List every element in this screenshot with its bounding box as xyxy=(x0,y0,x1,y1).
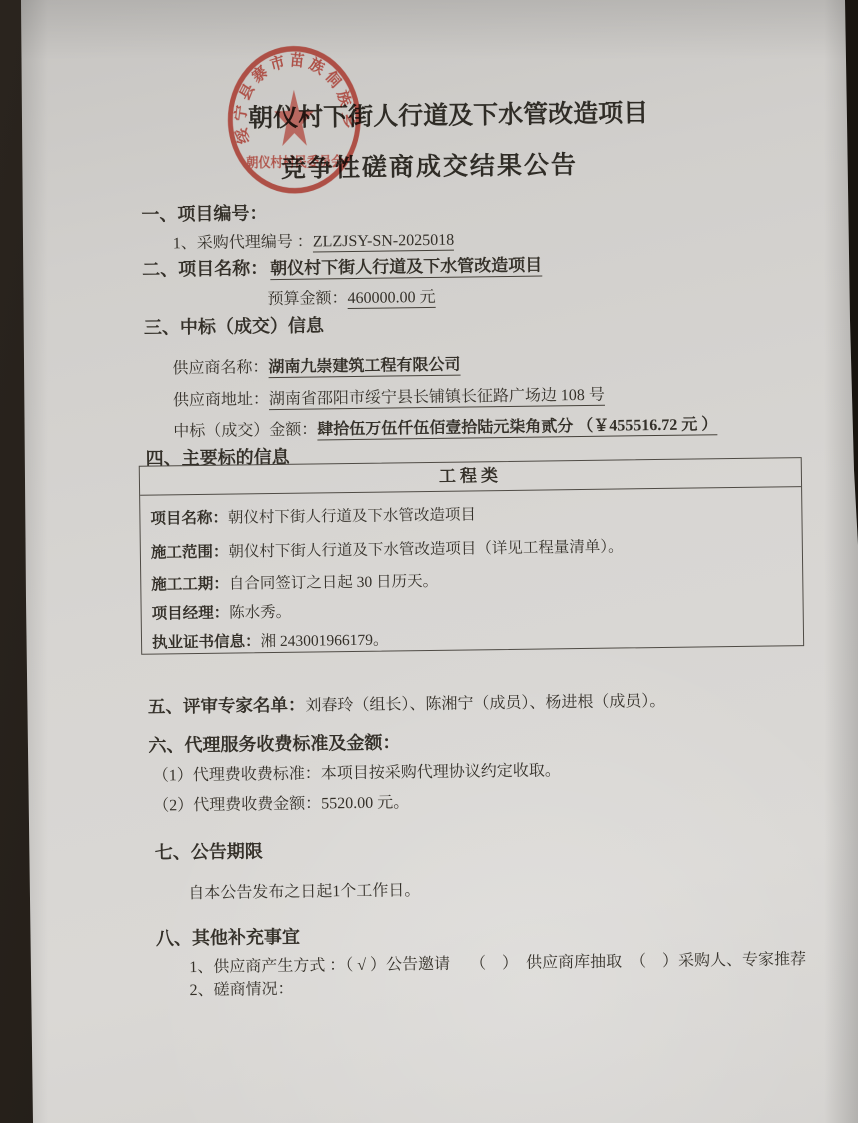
expert-list-value: 刘春玲（组长）、陈湘宁（成员）、杨进根（成员）。 xyxy=(305,693,665,715)
award-amount-line: 中标（成交）金额：肆拾伍万伍仟伍佰壹拾陆元柒角贰分 （￥455516.72 元 … xyxy=(173,411,717,441)
table-row: 施工范围：朝仪村下街人行道及下水管改造项目（详见工程量清单）。 xyxy=(151,534,624,562)
section3-heading: 三、中标（成交）信息 xyxy=(144,311,324,339)
row-value: 湘 243001966179。 xyxy=(260,632,388,651)
table-header-engineering-class: 工程类 xyxy=(140,458,801,496)
project-name-line: 二、项目名称：朝仪村下街人行道及下水管改造项目 xyxy=(142,251,542,282)
table-row: 项目经理：陈水秀。 xyxy=(152,600,292,624)
supplier-address-value: 湖南省邵阳市绥宁县长铺镇长征路广场边 108 号 xyxy=(269,387,605,410)
budget-label: 预算金额： xyxy=(267,290,347,308)
project-name-value: 朝仪村下街人行道及下水管改造项目 xyxy=(270,256,542,281)
row-value: 陈水秀。 xyxy=(229,604,291,622)
row-label: 项目名称： xyxy=(150,510,228,528)
section5-heading: 五、评审专家名单： xyxy=(148,695,306,717)
supplier-name-value: 湖南九崇建筑工程有限公司 xyxy=(268,357,460,379)
section2-heading: 二、项目名称： xyxy=(142,258,268,280)
seal-bottom-text: 朝仪村村民委员会 xyxy=(246,153,343,170)
agency-code-label: 1、采购代理编号 ： xyxy=(173,234,313,253)
award-amount-label: 中标（成交）金额： xyxy=(173,421,317,440)
supplier-address-label: 供应商地址： xyxy=(173,391,269,409)
star-icon xyxy=(274,89,315,146)
supplier-address-line: 供应商地址：湖南省邵阳市绥宁县长铺镇长征路广场边 108 号 xyxy=(173,382,605,411)
row-label: 施工范围： xyxy=(151,544,229,562)
table-row: 项目名称：朝仪村下街人行道及下水管改造项目 xyxy=(150,502,476,528)
award-amount-value: 肆拾伍万伍仟伍佰壹拾陆元柒角贰分 （￥455516.72 元 ） xyxy=(317,416,717,440)
agency-code-line: 1、采购代理编号 ：ZLZJSY-SN-2025018 xyxy=(173,227,455,254)
agency-code-value: ZLZJSY-SN-2025018 xyxy=(313,232,455,253)
row-value: 自合同签订之日起 30 日历天。 xyxy=(229,573,438,593)
section6-heading: 六、代理服务收费标准及金额： xyxy=(148,728,400,757)
section7-heading: 七、公告期限 xyxy=(155,837,263,864)
row-label: 执业证书信息： xyxy=(152,633,261,651)
agency-fee-standard-line: （1）代理费收费标准：本项目按采购代理协议约定收取。 xyxy=(153,757,561,785)
document-photo: 朝仪村下街人行道及下水管改造项目 竞争性磋商成交结果公告 绥宁县寨市苗族侗族乡 … xyxy=(0,0,858,1123)
table-row: 施工工期：自合同签订之日起 30 日历天。 xyxy=(151,569,438,595)
supplier-name-line: 供应商名称：湖南九崇建筑工程有限公司 xyxy=(172,352,460,379)
supplier-method-line: 1、供应商产生方式 ：（ √ ）公告邀请 （ ） 供应商库抽取 （ ）采购人、专… xyxy=(189,946,806,977)
expert-list-line: 五、评审专家名单：刘春玲（组长）、陈湘宁（成员）、杨进根（成员）。 xyxy=(148,687,666,719)
table-row: 执业证书信息：湘 243001966179。 xyxy=(152,628,389,653)
subject-info-table: 工程类 项目名称：朝仪村下街人行道及下水管改造项目 施工范围：朝仪村下街人行道及… xyxy=(139,457,804,655)
budget-line: 预算金额：460000.00 元 xyxy=(267,284,435,309)
row-value: 朝仪村下街人行道及下水管改造项目 xyxy=(228,506,476,526)
negotiation-status-line: 2、磋商情况： xyxy=(189,976,293,1000)
budget-value: 460000.00 元 xyxy=(347,289,435,309)
agency-fee-amount-line: （2）代理费收费金额：5520.00 元。 xyxy=(153,789,409,815)
section1-heading: 一、项目编号： xyxy=(141,199,267,227)
row-label: 项目经理： xyxy=(152,605,230,623)
document-content: 朝仪村下街人行道及下水管改造项目 竞争性磋商成交结果公告 绥宁县寨市苗族侗族乡 … xyxy=(0,0,858,1123)
section8-heading: 八、其他补充事宜 xyxy=(156,923,300,951)
row-value: 朝仪村下街人行道及下水管改造项目（详见工程量清单）。 xyxy=(228,538,623,560)
row-label: 施工工期： xyxy=(151,576,229,594)
supplier-name-label: 供应商名称： xyxy=(172,359,268,377)
official-seal-stamp: 绥宁县寨市苗族侗族乡 朝仪村村民委员会 xyxy=(223,39,365,201)
announcement-period-line: 自本公告发布之日起1个工作日。 xyxy=(188,877,420,903)
